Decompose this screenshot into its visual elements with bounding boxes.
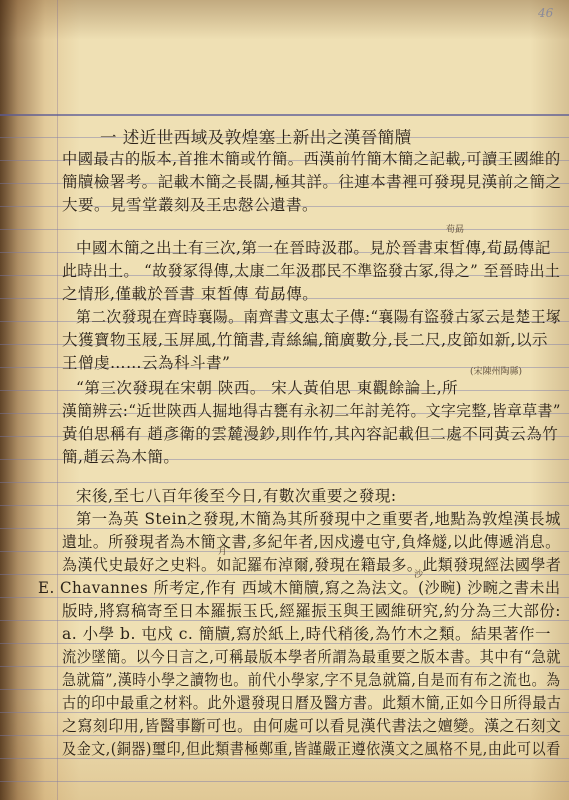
text-line: 之情形,僅載於晉書 束皙傳 荀勗傳。 (62, 282, 318, 304)
text-line: “第三次發現在宋朝 陝西。 宋人黃伯思 東觀餘論上,所 (76, 376, 458, 398)
text-line: 中國最古的版本,首推木簡或竹簡。西漢前竹簡木簡之記載,可讀王國維的 (62, 147, 561, 169)
text-line: 簡,趙云為木簡。 (62, 445, 179, 467)
text-line: 大獲寶物玉屐,玉屏風,竹簡書,青絲編,簡廣數分,長二尺,皮節如新,以示 (62, 328, 548, 350)
ruled-line (0, 482, 569, 483)
text-line: E. Chavannes 所考定,作有 西域木簡牘,寫之為法文。(沙畹) 沙畹之… (38, 576, 561, 598)
text-line: 黃伯思稱有 趙彥衛的雲麓漫鈔,則作竹,其內容記載但二處不同黃云為竹 (62, 422, 558, 444)
text-line: 第二次發現在齊時襄陽。南齊書文惠太子傳:“襄陽有盜發古冢云是楚王塚 (76, 305, 561, 327)
text-line: 宋後,至七八百年後至今日,有數次重要之發現: (76, 484, 397, 506)
text-line: 漢簡辨云:“近世陝西人掘地得古甕有永初二年討羌符。文字完整,皆章草書” (62, 399, 561, 421)
text-line: 大要。見雪堂叢刻及王忠慤公遺書。 (62, 193, 318, 215)
text-line: 流沙墜簡。以今日言之,可稱最版本學者所謂為最重要之版本書。其中有“急就 (62, 645, 561, 667)
text-line: 中國木簡之出土有三次,第一在晉時汲郡。見於晉書束皙傳,荀勗傳記 (76, 236, 551, 258)
ruled-line (0, 781, 569, 782)
margin-line (57, 0, 58, 800)
text-line: 版時,將寫稿寄至日本羅振玉氏,經羅振玉與王國維研究,約分為三大部份: (62, 599, 561, 621)
notebook-page: 46 一 述近世西域及敦煌塞上新出之漢晉簡牘 中國最古的版本,首推木簡或竹簡。西… (0, 0, 569, 800)
text-line: a. 小學 b. 屯戍 c. 簡牘,寫於紙上,時代稍後,為竹木之類。結果著作一 (62, 622, 551, 644)
text-line: 遺址。所發現者為木簡文書,多紀年者,因戍邊屯守,負烽燧,以此傳遞消息。 (62, 530, 561, 552)
text-line: 之寫刻印用,皆醫事斷可也。由何處可以看見漢代書法之嬗變。漢之石刻文 (62, 714, 561, 736)
text-line: 簡牘檢署考。記載木簡之長闊,極其詳。往連本書裡可發現見漢前之簡之 (62, 170, 561, 192)
text-line: 此時出土。 “故發冢得傳,太康二年汲郡民不準盜發古冢,得之” 至晉時出土 (62, 259, 560, 281)
ruled-line (0, 229, 569, 230)
text-line: 急就篇”,漢時小學之讀物也。前代小學家,字不見急就篇,自是而有布之流也。為 (62, 668, 561, 690)
text-line: 及金文,(銅器)璽印,但此類書極鄭重,皆謹嚴正遵依漢文之風格不見,由此可以看 (62, 737, 561, 759)
text-line: 第一為英 Stein之發現,木簡為其所發現中之重要者,地點為敦煌漢長城 (76, 507, 561, 529)
header-rule (0, 114, 569, 116)
text-line: 古的印中最重之材料。此外還發現日曆及醫方書。此類木簡,正如今日所得最古 (62, 691, 561, 713)
section-heading: 一 述近世西域及敦煌塞上新出之漢晉簡牘 (100, 124, 412, 148)
page-number: 46 (538, 6, 553, 20)
text-line: 王僧虔……云為科斗書” (62, 351, 230, 373)
text-line: 為漢代史最好之史料。如記羅布淖爾,發現在籍最多。此類發現經法國學者 (62, 553, 561, 575)
annotation-note: (宋陳州陶縣) (470, 364, 522, 377)
annotation-note: 荀勗 (446, 222, 464, 235)
